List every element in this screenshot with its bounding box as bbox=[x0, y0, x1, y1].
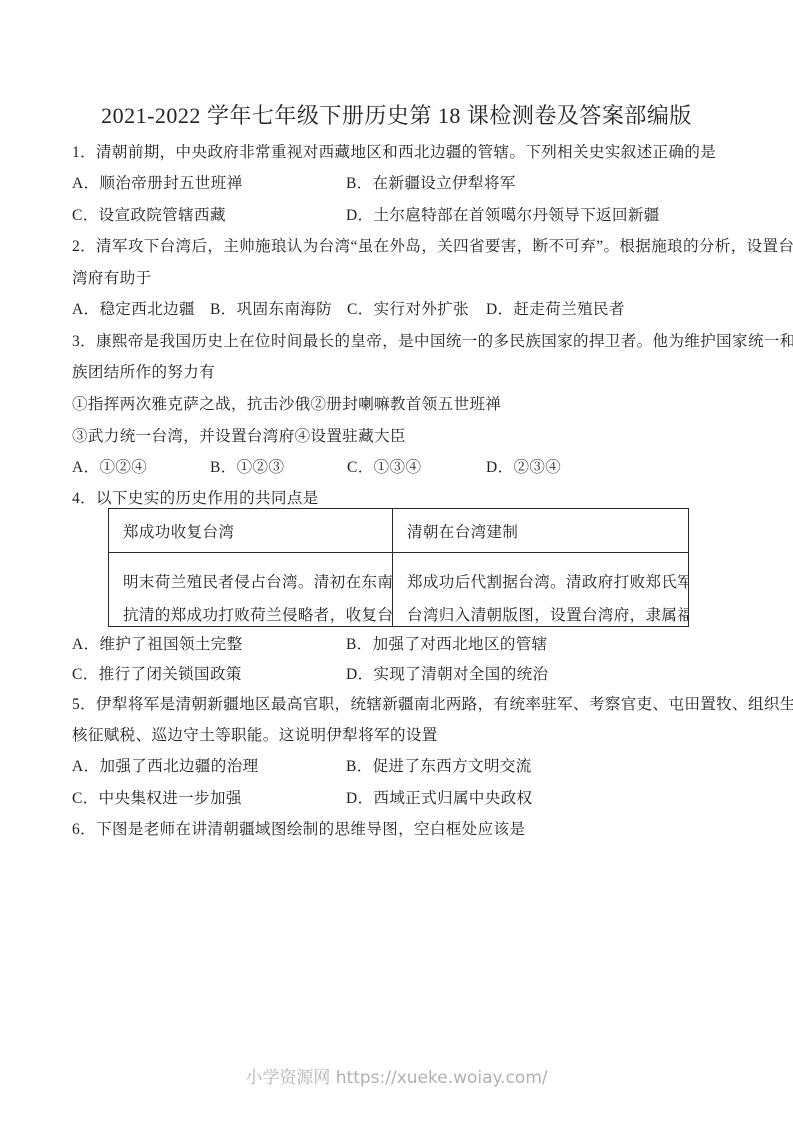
question-5-option-a: A．加强了西北边疆的治理 bbox=[72, 758, 259, 775]
question-5-option-c: C．中央集权进一步加强 bbox=[72, 790, 242, 807]
table-body-left-line-2: 抗清的郑成功打败荷兰侵略者，收复台湾 bbox=[123, 599, 392, 626]
question-2-option-b: B．巩固东南海防 bbox=[210, 301, 332, 318]
question-5-stem-line-1: 5．伊犁将军是清朝新疆地区最高官职，统辖新疆南北两路，有统率驻军、考察官吏、屯田… bbox=[72, 696, 793, 713]
question-5-option-d: D．西域正式归属中央政权 bbox=[346, 790, 533, 807]
question-1-option-b: B．在新疆设立伊犁将军 bbox=[346, 175, 516, 192]
question-4-option-c: C．推行了闭关锁国政策 bbox=[72, 666, 242, 683]
question-5-options-row-1: A．加强了西北边疆的治理 B．促进了东西方文明交流 bbox=[72, 758, 732, 775]
question-1-options-row-1: A．顺治帝册封五世班禅 B．在新疆设立伊犁将军 bbox=[72, 175, 732, 192]
question-4-option-a: A．维护了祖国领土完整 bbox=[72, 636, 243, 653]
question-1-option-a: A．顺治帝册封五世班禅 bbox=[72, 175, 243, 192]
question-2-stem-line-1: 2．清军攻下台湾后，主帅施琅认为台湾“虽在外岛，关四省要害，断不可弃”。根据施琅… bbox=[72, 238, 793, 255]
question-3-option-d: D．②③④ bbox=[486, 459, 561, 476]
question-3-options-row: A．①②④ B．①②③ C．①③④ D．②③④ bbox=[72, 459, 732, 476]
footer-site-watermark: 小学资源网 https://xueke.woiay.com/ bbox=[0, 1068, 793, 1088]
question-4-stem: 4．以下史实的历史作用的共同点是 bbox=[72, 490, 319, 507]
question-3-stem-line-2: 族团结所作的努力有 bbox=[72, 364, 215, 381]
question-3-option-c: C．①③④ bbox=[347, 459, 421, 476]
question-2-option-c: C．实行对外扩张 bbox=[347, 301, 469, 318]
question-3-option-b: B．①②③ bbox=[210, 459, 284, 476]
page-title: 2021-2022 学年七年级下册历史第 18 课检测卷及答案部编版 bbox=[0, 102, 793, 130]
question-2-option-a: A．稳定西北边疆 bbox=[72, 301, 195, 318]
question-1-option-c: C．设宣政院管辖西藏 bbox=[72, 207, 226, 224]
question-2-option-d: D．赶走荷兰殖民者 bbox=[486, 301, 625, 318]
table-body-right: 郑成功后代割据台湾。清政府打败郑氏军队， 台湾归入清朝版图，设置台湾府，隶属福建… bbox=[393, 553, 688, 626]
document-page: 2021-2022 学年七年级下册历史第 18 课检测卷及答案部编版 1．清朝前… bbox=[0, 0, 793, 1122]
question-3-option-a: A．①②④ bbox=[72, 459, 147, 476]
question-5-options-row-2: C．中央集权进一步加强 D．西域正式归属中央政权 bbox=[72, 790, 732, 807]
question-4-comparison-table: 郑成功收复台湾 清朝在台湾建制 明末荷兰殖民者侵占台湾。清初在东南沿海， 抗清的… bbox=[108, 508, 689, 627]
question-3-stem-line-1: 3．康熙帝是我国历史上在位时间最长的皇帝，是中国统一的多民族国家的捍卫者。他为维… bbox=[72, 333, 793, 350]
table-body-left-line-1: 明末荷兰殖民者侵占台湾。清初在东南沿海， bbox=[123, 566, 392, 599]
question-4-option-b: B．加强了对西北地区的管辖 bbox=[346, 636, 548, 653]
question-2-options-row: A．稳定西北边疆 B．巩固东南海防 C．实行对外扩张 D．赶走荷兰殖民者 bbox=[72, 301, 732, 318]
question-5-option-b: B．促进了东西方文明交流 bbox=[346, 758, 532, 775]
question-3-items-line-1: ①指挥两次雅克萨之战，抗击沙俄②册封喇嘛教首领五世班禅 bbox=[72, 396, 501, 413]
question-2-stem-line-2: 湾府有助于 bbox=[72, 270, 152, 287]
question-1-option-d: D．土尔扈特部在首领噶尔丹领导下返回新疆 bbox=[346, 207, 660, 224]
question-4-options-row-1: A．维护了祖国领土完整 B．加强了对西北地区的管辖 bbox=[72, 636, 732, 653]
question-4-option-d: D．实现了清朝对全国的统治 bbox=[346, 666, 548, 683]
table-body-right-line-2: 台湾归入清朝版图，设置台湾府，隶属福建省 bbox=[407, 599, 688, 626]
question-1-options-row-2: C．设宣政院管辖西藏 D．土尔扈特部在首领噶尔丹领导下返回新疆 bbox=[72, 207, 732, 224]
table-header-right: 清朝在台湾建制 bbox=[393, 509, 688, 553]
table-body-left: 明末荷兰殖民者侵占台湾。清初在东南沿海， 抗清的郑成功打败荷兰侵略者，收复台湾 bbox=[109, 553, 393, 626]
question-3-items-line-2: ③武力统一台湾，并设置台湾府④设置驻藏大臣 bbox=[72, 428, 406, 445]
table-header-left: 郑成功收复台湾 bbox=[109, 509, 393, 553]
question-5-stem-line-2: 核征赋税、巡边守土等职能。这说明伊犁将军的设置 bbox=[72, 727, 438, 744]
question-1-stem: 1．清朝前期，中央政府非常重视对西藏地区和西北边疆的管辖。下列相关史实叙述正确的… bbox=[72, 144, 716, 161]
question-6-stem: 6．下图是老师在讲清朝疆域图绘制的思维导图，空白框处应该是 bbox=[72, 821, 525, 838]
table-body-right-line-1: 郑成功后代割据台湾。清政府打败郑氏军队， bbox=[407, 566, 688, 599]
question-4-options-row-2: C．推行了闭关锁国政策 D．实现了清朝对全国的统治 bbox=[72, 666, 732, 683]
